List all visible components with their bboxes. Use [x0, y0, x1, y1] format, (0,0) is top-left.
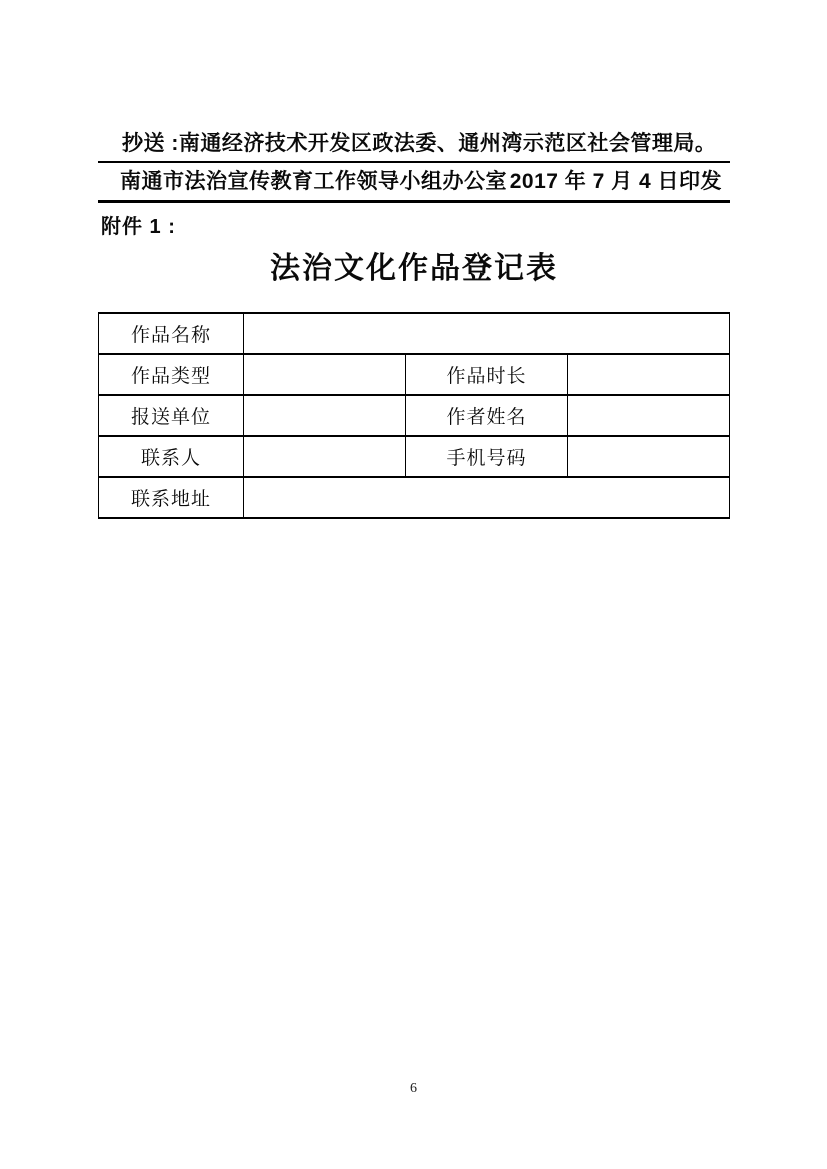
field-label-mobile-number: 手机号码: [406, 436, 568, 477]
field-value-contact-address: [244, 477, 730, 518]
field-label-work-name: 作品名称: [99, 313, 244, 354]
registration-form-table: 作品名称 作品类型 作品时长 报送单位 作者姓名 联系人 手机号码: [98, 312, 730, 519]
field-value-work-name: [244, 313, 730, 354]
table-row-work-name: 作品名称: [99, 313, 730, 354]
page-number: 6: [0, 1081, 827, 1097]
issuer-line: 南通市法治宣传教育工作领导小组办公室 2017 年 7 月 4 日印发: [98, 163, 730, 203]
field-label-contact-person: 联系人: [99, 436, 244, 477]
field-label-work-duration: 作品时长: [406, 354, 568, 395]
document-header: 抄送 :南通经济技术开发区政法委、通州湾示范区社会管理局。 南通市法治宣传教育工…: [98, 131, 730, 203]
issuer-name: 南通市法治宣传教育工作领导小组办公室: [120, 169, 507, 194]
document-page: 抄送 :南通经济技术开发区政法委、通州湾示范区社会管理局。 南通市法治宣传教育工…: [0, 0, 827, 1169]
table-row-unit-author: 报送单位 作者姓名: [99, 395, 730, 436]
table-row-type-duration: 作品类型 作品时长: [99, 354, 730, 395]
cc-line: 抄送 :南通经济技术开发区政法委、通州湾示范区社会管理局。: [98, 131, 730, 163]
table-row-contact-phone: 联系人 手机号码: [99, 436, 730, 477]
field-value-author-name: [568, 395, 730, 436]
field-value-mobile-number: [568, 436, 730, 477]
field-label-work-type: 作品类型: [99, 354, 244, 395]
attachment-label: 附件 1 :: [101, 210, 176, 239]
field-value-work-type: [244, 354, 406, 395]
field-label-submitting-unit: 报送单位: [99, 395, 244, 436]
field-label-contact-address: 联系地址: [99, 477, 244, 518]
field-label-author-name: 作者姓名: [406, 395, 568, 436]
table-row-contact-address: 联系地址: [99, 477, 730, 518]
field-value-submitting-unit: [244, 395, 406, 436]
field-value-work-duration: [568, 354, 730, 395]
form-title: 法治文化作品登记表: [98, 243, 730, 287]
print-date: 2017 年 7 月 4 日印发: [510, 169, 722, 194]
field-value-contact-person: [244, 436, 406, 477]
